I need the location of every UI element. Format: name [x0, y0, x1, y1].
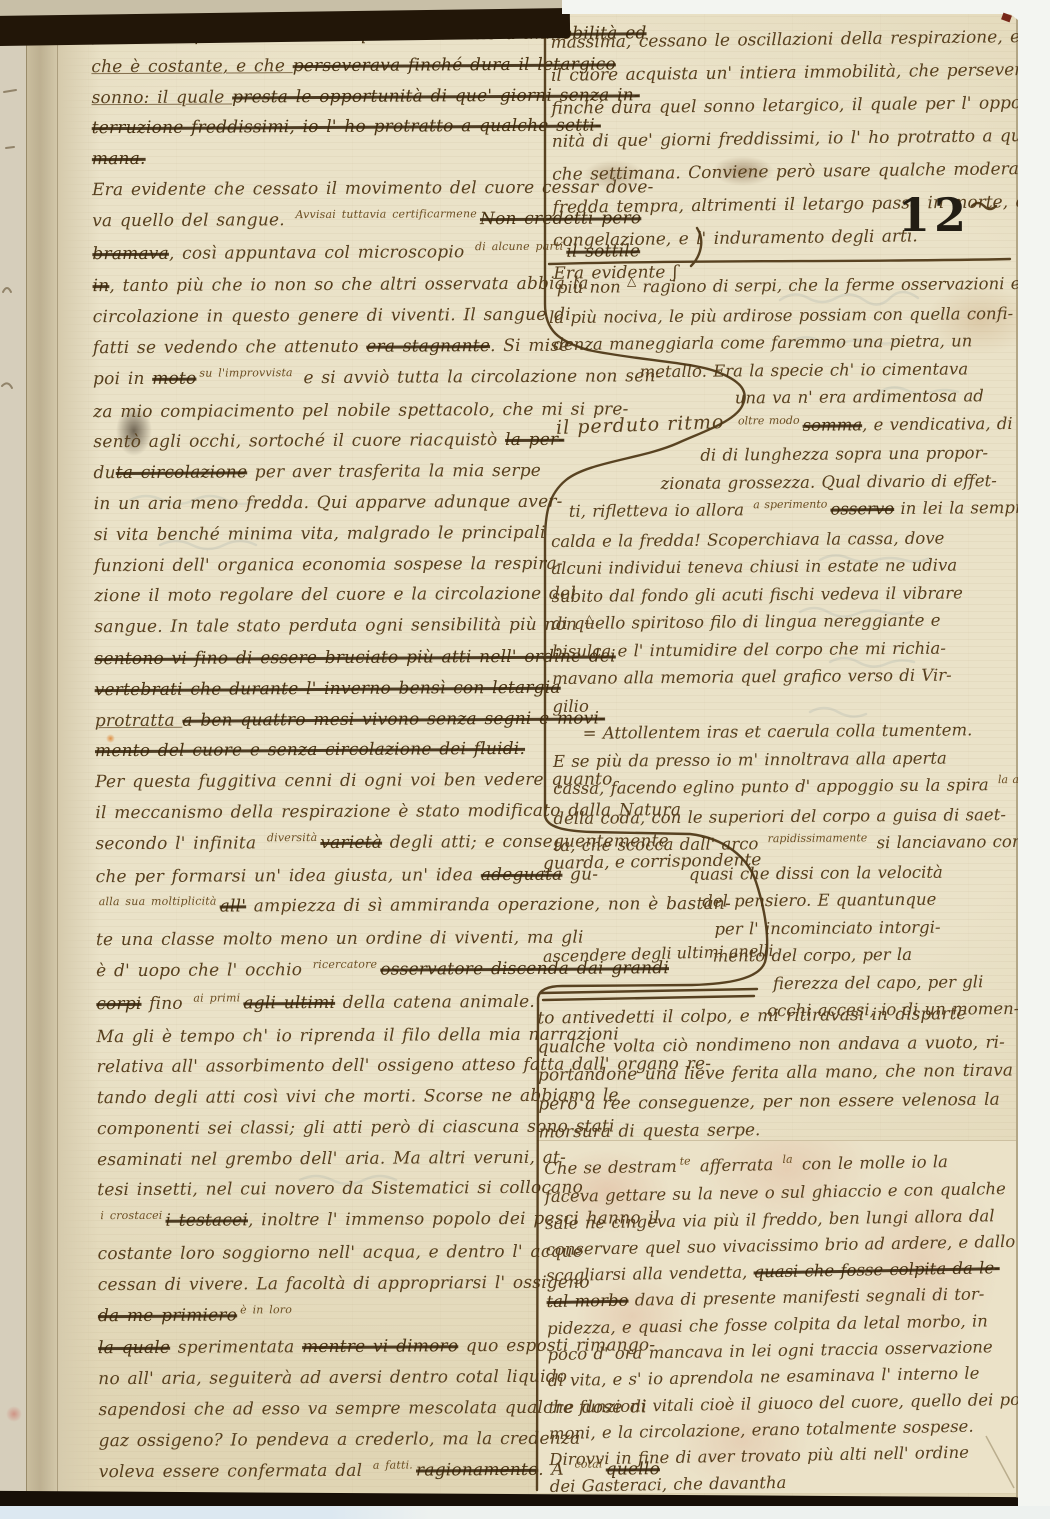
handwritten-text: va quello del sangue.	[92, 210, 292, 231]
manuscript-line: subito dal fondo gli acuti fischi vedeva…	[551, 578, 1013, 610]
handwritten-text: du	[93, 463, 115, 483]
manuscript-line: mavano alla memoria quel grafico verso d…	[552, 661, 1014, 693]
inserted-text: la	[782, 1153, 792, 1166]
handwritten-text: fino	[141, 993, 190, 1013]
handwritten-text: della coda, con le superiori del corpo a…	[553, 805, 1006, 828]
handwritten-text: portandone una lieve ferita alla mano, c…	[538, 1061, 1013, 1086]
handwritten-text: sonno: il quale	[92, 87, 233, 108]
manuscript-line: voleva essere confermata dal a fatti.rag…	[99, 1454, 547, 1489]
inserted-text: te	[680, 1155, 691, 1168]
struck-text: da me primiero	[98, 1305, 237, 1326]
handwritten-text: scagliarsi alla vendetta,	[546, 1263, 754, 1286]
struck-text: a ben quattro mesi vivono senza segni e …	[182, 708, 605, 730]
struck-text: terruzione freddissimi, io l' ho protrat…	[92, 116, 601, 139]
handwritten-text: ragiono di serpi, che la ferme osservazi…	[636, 274, 1020, 296]
handwritten-text: con le molle io la	[795, 1152, 948, 1174]
manuscript-line: secondo l' infinita diversitàvarietà deg…	[95, 827, 543, 862]
handwritten-text: conservare quel suo vivacissimo brio ad …	[545, 1232, 1015, 1259]
handwritten-text: per aver trasferita la mia serpe	[247, 461, 541, 483]
struck-text: corpi	[96, 994, 141, 1014]
manuscript-line: da me primieroè in loro	[98, 1298, 546, 1333]
handwritten-text: nità di que' giorni freddissimi, io l' h…	[552, 126, 1044, 152]
manuscript-line: di di lunghezza sopra una propor-	[550, 439, 1012, 471]
manuscript-line: per l' incominciato intorgi-	[554, 912, 1016, 944]
handwritten-text: to antivedetti il colpo, e mi ritiravasi…	[537, 1004, 966, 1028]
manuscript-line: in un aria meno fredda. Qui apparve adun…	[94, 487, 542, 520]
printed-page-number: 12	[898, 188, 970, 242]
handwritten-text: sentò agli occhi, sortoché il cuore riac…	[93, 430, 505, 452]
manuscript-line: cassa, facendo eglino punto d' appoggio …	[553, 771, 1015, 805]
inserted-text: rapidissimamente	[768, 831, 868, 845]
manuscript-line: to antivedetti il colpo, e mi ritiravasi…	[537, 1000, 1015, 1034]
handwritten-text: subito dal fondo gli acuti fischi vedeva…	[551, 583, 962, 606]
handwritten-text: △	[627, 274, 636, 288]
struck-text: agli ultimi	[243, 993, 335, 1013]
handwritten-text: Per questa fuggitiva cenni di ogni voi b…	[95, 770, 613, 793]
handwritten-text: esaminati nel grembo dell' aria. Ma altr…	[97, 1147, 566, 1169]
inserted-text: i crostacei	[100, 1209, 162, 1222]
manuscript-line: esaminati nel grembo dell' aria. Ma altr…	[97, 1143, 545, 1176]
handwritten-text: che è costante, e che	[91, 56, 292, 77]
handwritten-text: finché dura quel sonno letargico, il qua…	[551, 93, 1050, 119]
manuscript-line: = Attollentem iras et caerula colla tume…	[553, 716, 1015, 748]
manuscript-line: za mio compiacimento pel nobile spettaco…	[93, 394, 541, 427]
handwritten-text: massima, cessano le oscillazioni della r…	[550, 27, 1031, 53]
manuscript-line: gaz ossigeno? Io pendeva a crederlo, ma …	[99, 1424, 547, 1457]
inserted-text: su l'improvvista	[199, 366, 292, 379]
handwritten-text: faceva gettare su la neve o sul ghiaccio…	[545, 1179, 1006, 1206]
handwritten-text: calda e la fredda! Scoperchiava la cassa…	[551, 528, 944, 550]
handwritten-text: di di lunghezza sopra una propor-	[700, 443, 988, 465]
handwritten-text: qualche volta ciò nondimeno non andava a…	[538, 1032, 1005, 1057]
handwritten-text: poco d' ora mancava in lei ogni traccia …	[547, 1337, 993, 1364]
handwritten-text: di vita, e s' io aprendola ne esaminava …	[548, 1364, 980, 1391]
right-column-lower-section: to antivedetti il colpo, e mi ritiravasi…	[537, 1000, 1016, 1148]
scanner-background-bottom	[0, 1506, 1050, 1519]
manuscript-line: corpi fino ai primiagli ultimi della cat…	[96, 987, 544, 1022]
handwritten-text: alcuni individui teneva chiusi in estate…	[551, 555, 957, 578]
manuscript-line: metallo. Era la specie ch' io cimentava	[549, 354, 1011, 386]
manuscript-line: si vita benché minima vita, malgrado le …	[94, 518, 542, 551]
manuscript-line: il cuore acquista un' intiera immobilità…	[551, 54, 1013, 93]
patch-text-column: Che se destramte afferrata la con le mol…	[544, 1148, 1018, 1500]
inserted-text: alla sua moltiplicità	[99, 895, 217, 909]
manuscript-line: Per questa fuggitiva cenni di ogni voi b…	[95, 765, 543, 798]
inserted-text: di alcune parti	[475, 239, 563, 252]
manuscript-line: Era evidente che cessato il movimento de…	[92, 173, 540, 206]
handwritten-text: cassa, facendo eglino punto d' appoggio …	[553, 775, 995, 798]
left-text-column: più non respirano il cuore acquista una …	[91, 19, 547, 1490]
struck-text: mana.	[92, 149, 146, 169]
manuscript-scan: più non respirano il cuore acquista una …	[0, 0, 1050, 1519]
inserted-text: ricercatore	[313, 958, 378, 971]
manuscript-line: protratta a ben quattro mesi vivono senz…	[95, 703, 543, 736]
manuscript-line: che è costante, e che perseverava finché…	[91, 50, 539, 83]
handwritten-text: Che se destram	[544, 1157, 677, 1178]
overflow-line-guarda: guarda, e corrispondente	[543, 850, 762, 874]
struck-text: in	[92, 276, 109, 296]
handwritten-text: in un aria meno fredda. Qui apparve adun…	[94, 492, 563, 514]
manuscript-line: tando degli atti così vivi che morti. Sc…	[97, 1081, 545, 1114]
inserted-text: è in loro	[240, 1303, 292, 1316]
handwritten-text: gaz ossigeno? Io pendeva a crederlo, ma …	[99, 1429, 581, 1452]
struck-text: tal morbo	[546, 1291, 628, 1311]
handwritten-text: più non	[557, 277, 627, 297]
manuscript-line: mana.	[92, 142, 540, 175]
struck-text: era stagnante	[366, 336, 490, 357]
manuscript-line: zionata grossezza. Qual divario di effet…	[550, 466, 1012, 498]
manuscript-line: una va n' era ardimentosa ad	[550, 382, 1012, 414]
handwritten-text: voleva essere confermata dal	[99, 1460, 370, 1481]
handwritten-text: ti, rifletteva io allora	[569, 500, 751, 521]
manuscript-line: ti, rifletteva io allora a sperimentooss…	[551, 494, 1013, 528]
struck-text: ta circolazione	[116, 463, 248, 484]
manuscript-line: il meccanismo della respirazione è stato…	[95, 796, 543, 829]
right-column-middle-section: più non △ ragiono di serpi, che la ferme…	[549, 270, 1018, 1027]
struck-text: somma	[803, 415, 863, 435]
handwritten-text: = Attollentem iras et caerula colla tume…	[583, 720, 973, 742]
manuscript-line: va quello del sangue. Avvisai tuttavia c…	[92, 204, 540, 239]
handwritten-text: Dirovvi in fine di aver trovato più alti…	[549, 1443, 969, 1469]
manuscript-line: fatti se vedendo che attenuto era stagna…	[93, 331, 541, 364]
handwritten-text: morsura di questa serpe.	[539, 1121, 761, 1143]
gutter-crease	[57, 0, 58, 1508]
struck-text: all'	[220, 897, 247, 917]
handwritten-text: componenti sei classi; gli atti però di …	[97, 1116, 615, 1139]
manuscript-line: gilio	[552, 688, 1014, 720]
inserted-text: diversità	[267, 831, 318, 844]
struck-text: osservo	[830, 499, 894, 519]
manuscript-line: Ma gli è tempo ch' io riprenda il filo d…	[96, 1019, 544, 1052]
manuscript-line: la quale sperimentata mentre vi dimoro q…	[98, 1331, 546, 1364]
manuscript-line: del pensiero. E quantunque	[554, 885, 1016, 917]
handwritten-text: metallo. Era la specie ch' io cimentava	[639, 359, 968, 381]
handwritten-text: in lei la sempre	[894, 498, 1033, 518]
manuscript-line: zione il moto regolare del cuore e la ci…	[94, 579, 542, 612]
manuscript-line: te una classe molto meno un ordine di vi…	[96, 923, 544, 956]
handwritten-text: fierezza del capo, per gli	[773, 972, 984, 993]
handwritten-text: del pensiero. E quantunque	[702, 890, 936, 911]
handwritten-text: fatti se vedendo che attenuto	[93, 337, 366, 358]
handwritten-text: mavano alla memoria quel grafico verso d…	[552, 666, 952, 688]
handwritten-text: è d' uopo che l' occhio	[96, 960, 310, 981]
handwritten-text: protratta	[95, 710, 183, 730]
handwritten-text: denza maneggiarla come faremmo una pietr…	[553, 331, 972, 354]
handwritten-text: sangue. In tale stato perduta ogni sensi…	[94, 615, 585, 638]
handwritten-text: dei Gasteraci, che davantha	[550, 1472, 787, 1495]
handwritten-text: costante loro soggiorno nell' acqua, e d…	[98, 1242, 584, 1265]
manuscript-line: no all' aria, seguiterà ad aversi dentro…	[98, 1362, 546, 1395]
handwritten-text: , tanto più che io non so che altri osse…	[109, 274, 588, 297]
handwritten-text: però a ree conseguenze, per non essere v…	[538, 1089, 1000, 1114]
manuscript-line: tesi insetti, nel cui novero da Sistemat…	[97, 1173, 545, 1206]
handwritten-text: per l' incominciato intorgi-	[714, 917, 940, 938]
struck-text: la quale	[98, 1338, 170, 1358]
handwritten-text: che settimana. Conviene però usare qualc…	[552, 158, 1050, 185]
manuscript-line: che per formarsi un' idea giusta, un' id…	[96, 859, 544, 892]
manuscript-line: della coda, con le superiori del corpo a…	[553, 800, 1015, 832]
manuscript-line: circolazione in questo genere di viventi…	[93, 300, 541, 333]
handwritten-text: za mio compiacimento pel nobile spettaco…	[93, 399, 628, 422]
manuscript-line: sentò agli occhi, sortoché il cuore riac…	[93, 425, 541, 458]
handwritten-text: che per formarsi un' idea giusta, un' id…	[96, 865, 481, 887]
struck-text: varietà	[320, 832, 382, 852]
manuscript-line: sonno: il quale presta le opportunità di…	[91, 80, 539, 113]
manuscript-line: la più nociva, le più ardirose possiam c…	[549, 299, 1011, 331]
scanner-background-top	[562, 0, 1050, 14]
manuscript-line: duta circolazione per aver trasferita la…	[93, 456, 541, 489]
manuscript-line: costante loro soggiorno nell' acqua, e d…	[98, 1237, 546, 1270]
struck-text: mento del cuore e senza circolazione dei…	[95, 739, 525, 761]
handwritten-text: secondo l' infinita	[95, 833, 264, 854]
manuscript-line: componenti sei classi; gli atti però di …	[97, 1112, 545, 1145]
handwritten-text: no all' aria, seguiterà ad aversi dentro…	[98, 1367, 567, 1389]
handwritten-text: zionata grossezza. Qual divario di effet…	[660, 471, 996, 493]
handwritten-text: poi in	[93, 369, 152, 389]
inserted-text: oltre modo	[738, 413, 800, 427]
handwritten-text: cessan di vivere. La facoltà di appropri…	[98, 1272, 590, 1295]
handwritten-text: si vita benché minima vita, malgrado le …	[94, 523, 546, 545]
manuscript-line: funzioni dell' organica economia sospese…	[94, 548, 542, 581]
manuscript-line: relativa all' assorbimento dell' ossigen…	[97, 1050, 545, 1083]
right-column-top-section: massima, cessano le oscillazioni della r…	[550, 21, 1015, 291]
struck-text: mentre vi dimoro	[302, 1337, 458, 1358]
handwritten-text: te una classe molto meno un ordine di vi…	[96, 928, 584, 951]
manuscript-line: i crostaceii testacei, inoltre l' immens…	[97, 1204, 545, 1239]
struck-text: ragionamento	[416, 1460, 538, 1481]
handwritten-text: una va n' era ardimentosa ad	[735, 386, 984, 407]
struck-text: quasi che fosse colpita da le-	[753, 1258, 999, 1281]
handwritten-text: funzioni dell' organica economia sospese…	[94, 553, 563, 575]
handwritten-text: moni, e la circolazione, erano totalment…	[549, 1417, 974, 1443]
manuscript-line: in, tanto più che io non so che altri os…	[92, 269, 540, 302]
struck-text: i testacei	[165, 1211, 248, 1231]
inserted-text: ai primi	[193, 991, 240, 1004]
handwritten-text: afferrata	[694, 1155, 780, 1175]
manuscript-line: cessan di vivere. La facoltà di appropri…	[98, 1268, 546, 1301]
manuscript-line: di quello spiritoso filo di lingua nereg…	[552, 606, 1014, 638]
struck-text: bramava	[92, 243, 169, 263]
manuscript-line: calda e la fredda! Scoperchiava la cassa…	[551, 523, 1013, 555]
struck-text: sentono vi fino di essere bruciato più a…	[94, 646, 615, 669]
manuscript-line: sangue. In tale stato perduta ogni sensi…	[94, 610, 542, 644]
manuscript-line: più non △ ragiono di serpi, che la ferme…	[549, 270, 1011, 304]
handwritten-text: circolazione in questo genere di viventi…	[93, 305, 571, 328]
manuscript-line: è d' uopo che l' occhio ricercatoreosser…	[96, 954, 544, 989]
manuscript-line: terruzione freddissimi, io l' ho protrat…	[92, 111, 540, 144]
handwritten-text: la più nociva, le più ardirose possiam c…	[549, 303, 1013, 326]
manuscript-line: morsura di questa serpe.	[538, 1114, 1016, 1148]
handwritten-text: tesi insetti, nel cui novero da Sistemat…	[97, 1178, 583, 1201]
manuscript-line: alcuni individui teneva chiusi in estate…	[551, 551, 1013, 583]
handwritten-text: sperimentata	[170, 1338, 302, 1359]
scanner-background-right	[1018, 0, 1050, 1519]
handwritten-text: , così appuntava col microscopio	[169, 242, 472, 264]
handwritten-text: gilio	[552, 696, 588, 715]
handwritten-text: bisulca e l' intumidire del corpo che mi…	[552, 638, 946, 660]
handwritten-text: E se più da presso io m' innoltrava alla…	[553, 748, 947, 770]
handwritten-text: il cuore acquista un' intiera immobilità…	[551, 60, 1033, 86]
handwritten-text: della catena animale.	[335, 992, 535, 1013]
manuscript-line: denza maneggiarla come faremmo una pietr…	[549, 327, 1011, 359]
manuscript-line: sentono vi fino di essere bruciato più a…	[94, 642, 542, 675]
struck-text: vertebrati che durante l' inverno bensì …	[95, 677, 561, 699]
inserted-text: a sperimento	[753, 498, 827, 512]
handwritten-text: congelazione, e l' induramento degli art…	[553, 226, 918, 250]
manuscript-line: bisulca e l' intumidire del corpo che mi…	[552, 633, 1014, 665]
struck-text: moto	[152, 368, 196, 388]
manuscript-line: mento del cuore e senza circolazione dei…	[95, 734, 543, 767]
handwritten-text: zione il moto regolare del cuore e la ci…	[94, 584, 576, 607]
handwritten-text: pidezza, e quasi che fosse colpita da le…	[547, 1311, 988, 1338]
handwritten-text: sale ne cingeva via più il freddo, ben l…	[545, 1206, 995, 1233]
manuscript-line: alla sua moltiplicitàall' ampiezza di sì…	[96, 890, 544, 925]
manuscript-line: fierezza del capo, per gli	[555, 967, 1017, 999]
previous-page-edge	[0, 0, 27, 1508]
inserted-text: a fatti.	[373, 1458, 413, 1471]
manuscript-line: poi in motosu l'improvvista e si avviò t…	[93, 362, 541, 397]
handwritten-text: dava di presente manifesti segnali di to…	[628, 1285, 984, 1310]
manuscript-line: bramava, così appuntava col microscopio …	[92, 236, 540, 271]
handwritten-text: fredda tempra, altrimenti il letargo pas…	[552, 192, 1050, 218]
manuscript-line: E se più da presso io m' innoltrava alla…	[553, 743, 1015, 775]
manuscript-line: però a ree conseguenze, per non essere v…	[538, 1085, 1016, 1119]
manuscript-line: vertebrati che durante l' inverno bensì …	[95, 673, 543, 706]
handwritten-text: di quello spiritoso filo di lingua nereg…	[552, 611, 941, 633]
manuscript-line: sapendosi che ad esso va sempre mescolat…	[98, 1393, 546, 1426]
inserted-text: Avvisai tuttavia certificarmene	[295, 207, 477, 221]
handwritten-text: tre funzioni vitali cioè il giuoco del c…	[548, 1389, 1031, 1416]
